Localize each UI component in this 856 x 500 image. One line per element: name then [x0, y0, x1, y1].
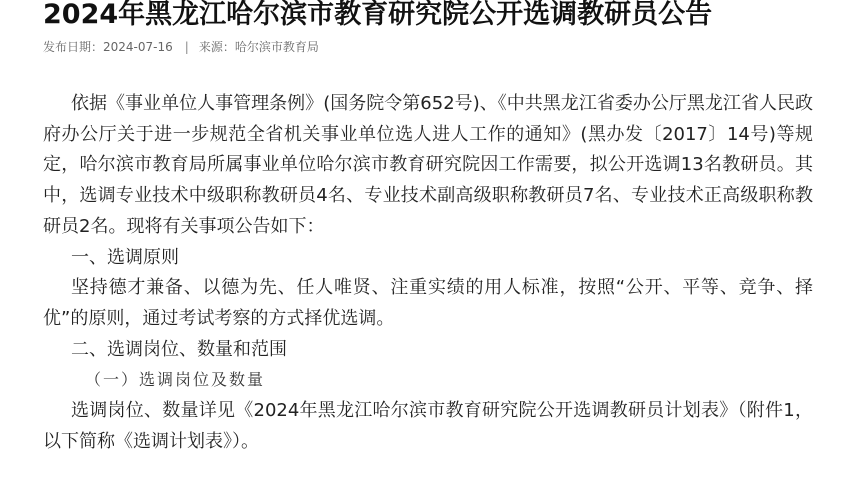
subsection-heading-positions-count: （一）选调岗位及数量	[43, 365, 813, 396]
section-heading-principles: 一、选调原则	[43, 243, 813, 274]
publish-date-label: 发布日期：	[43, 40, 103, 54]
source-label: 来源：	[199, 40, 235, 54]
paragraph-principles: 坚持德才兼备、以德为先、任人唯贤、注重实绩的用人标准，按照“公开、平等、竞争、择…	[43, 273, 813, 334]
source-value: 哈尔滨市教育局	[235, 40, 319, 54]
paragraph-positions: 选调岗位、数量详见《2024年黑龙江哈尔滨市教育研究院公开选调教研员计划表》（附…	[43, 396, 813, 457]
publish-date: 2024-07-16	[103, 40, 173, 54]
paragraph-basis: 依据《事业单位人事管理条例》(国务院令第652号)、《中共黑龙江省委办公厅黑龙江…	[43, 89, 813, 243]
section-heading-positions: 二、选调岗位、数量和范围	[43, 335, 813, 366]
article-title: 2024年黑龙江哈尔滨市教育研究院公开选调教研员公告	[43, 0, 712, 32]
article-meta: 发布日期：2024-07-16|来源：哈尔滨市教育局	[43, 38, 319, 56]
meta-separator: |	[185, 40, 189, 54]
article-body: 依据《事业单位人事管理条例》(国务院令第652号)、《中共黑龙江省委办公厅黑龙江…	[43, 89, 813, 457]
